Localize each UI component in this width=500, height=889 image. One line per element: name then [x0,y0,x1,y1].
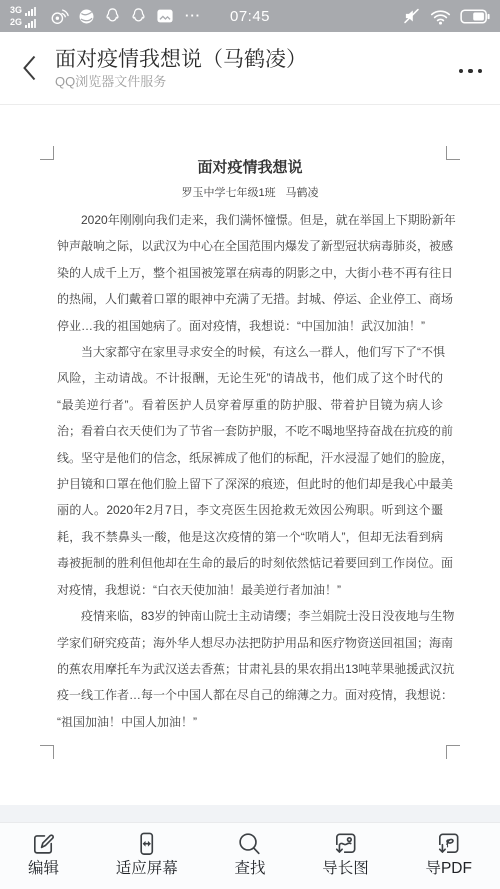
qq-icon [130,7,147,25]
back-button[interactable] [16,51,42,85]
doc-line: 2020年刚刚向我们走来，我们满怀憧憬。但是，就在举国上下期盼新年 [57,207,443,233]
page-corner-mark [40,745,54,759]
weibo-icon [50,8,69,25]
doc-line: 风险，主动请战。不计报酬，无论生死”的请战书，他们成了这个时代的 [57,365,443,391]
bottom-toolbar: 编辑 适应屏幕 查找 [0,822,500,889]
more-menu-button[interactable] [453,63,483,74]
doc-line: 毒被扼制的胜利但他却在生命的最后的时刻依然惦记着要回到工作岗位。面 [57,550,443,576]
sim2-label: 2G [10,17,22,28]
doc-line: 停业…我的祖国她病了。面对疫情，我想说：“中国加油！武汉加油！” [57,313,443,339]
dot [478,69,483,74]
tool-label: 导长图 [322,860,369,878]
battery-icon [460,8,490,25]
doc-line: 丽的人。2020年2月7日，李文亮医生因抢救无效因公殉职。听到这个噩 [57,497,443,523]
tool-label: 查找 [234,860,265,878]
tool-label: 编辑 [28,860,59,878]
doc-line: 钟声敲响之际，以武汉为中心在全国范围内爆发了新型冠状病毒肺炎，被感 [57,233,443,259]
export-long-image-button[interactable]: 导长图 [322,830,369,889]
doc-line: 学家们研究疫苗；海外华人想尽办法把防护用品和医疗物资送回祖国；海南 [57,630,443,656]
fit-screen-icon [133,830,160,858]
edit-icon [30,830,57,858]
essay-title: 面对疫情我想说 [57,157,443,179]
tool-label: 适应屏幕 [116,860,178,878]
dot [468,69,473,74]
header-titles: 面对疫情我想说（马鹤凌） QQ浏览器文件服务 [55,47,453,90]
status-bar: 3G 2G ··· [0,0,500,32]
doc-line: 的蕉农用摩托车为武汉送去香蕉；甘肃礼县的果农捐出13吨苹果驰援武汉抗 [57,656,443,682]
signal-bars-icon [25,19,36,28]
cell-signal: 3G 2G [10,5,36,28]
page-gap [0,805,500,822]
signal-bars-icon [25,7,36,16]
phone-screen: 3G 2G ··· [0,0,500,889]
doc-line: 疫一线工作者…每一个中国人都在尽自己的绵薄之力。面对疫情，我想说： [57,682,443,708]
file-source: QQ浏览器文件服务 [55,74,453,90]
fit-screen-button[interactable]: 适应屏幕 [116,830,178,889]
doc-line: 护目镜和口罩在他们脸上留下了深深的痕迹，但此时的他们却是我心中最美 [57,471,443,497]
wifi-icon [430,8,451,25]
doc-line: 线。坚守是他们的信念，纸尿裤成了他们的标配，汗水浸湿了她们的脸庞， [57,445,443,471]
document-body: 2020年刚刚向我们走来，我们满怀憧憬。但是，就在举国上下期盼新年钟声敲响之际，… [57,207,443,735]
sim1-label: 3G [10,5,22,16]
mute-icon [402,7,421,25]
doc-line: 对疫情，我想说：“白衣天使加油！最美逆行者加油！” [57,577,443,603]
doc-line: “祖国加油！中国人加油！” [57,709,443,735]
status-right-icons [402,7,490,25]
page-corner-mark [40,146,54,160]
doc-line: 耗，我不禁鼻头一酸，他是这次疫情的第一个“吹哨人”，但却无法看到病 [57,524,443,550]
gallery-icon [156,8,174,24]
app-header: 面对疫情我想说（马鹤凌） QQ浏览器文件服务 [0,32,500,105]
doc-line: 当大家都守在家里寻求安全的时候，有这么一群人，他们写下了“不惧 [57,339,443,365]
document-page[interactable]: 面对疫情我想说 罗玉中学七年级1班 马鹤凌 2020年刚刚向我们走来，我们满怀憧… [0,105,500,805]
doc-line: 染的人成千上万，整个祖国被笼罩在病毒的阴影之中，大街小巷不再有往日 [57,260,443,286]
page-corner-mark [446,745,460,759]
export-long-image-icon [332,830,359,858]
file-title: 面对疫情我想说（马鹤凌） [55,47,453,72]
doc-line: 的热闹，人们戴着口罩的眼神中充满了无措。封城、停运、企业停工、商场 [57,286,443,312]
clock: 07:45 [230,8,270,25]
search-icon [236,830,263,858]
byline-class: 罗玉中学七年级1班 [181,186,275,201]
notification-icons: ··· [50,7,201,25]
back-chevron-icon [22,54,37,82]
qq-icon [104,7,121,25]
doc-line: 疫情来临，83岁的钟南山院士主动请缨；李兰娟院士没日没夜地与生物 [57,603,443,629]
more-notifications-icon: ··· [185,11,201,21]
edit-button[interactable]: 编辑 [28,830,59,889]
doc-line: 治；看着白衣天使们为了节省一套防护服，不吃不喝地坚持奋战在抗疫的前 [57,418,443,444]
export-pdf-icon [435,830,462,858]
tool-label: 导PDF [425,860,472,878]
find-button[interactable]: 查找 [234,830,265,889]
browser-ball-icon [78,8,95,25]
page-corner-mark [446,146,460,160]
essay-byline: 罗玉中学七年级1班 马鹤凌 [57,186,443,201]
export-pdf-button[interactable]: 导PDF [425,830,472,889]
byline-author: 马鹤凌 [286,186,319,201]
dot [459,69,464,74]
doc-line: “最美逆行者”。看着医护人员穿着厚重的防护服、带着护目镜为病人诊 [57,392,443,418]
